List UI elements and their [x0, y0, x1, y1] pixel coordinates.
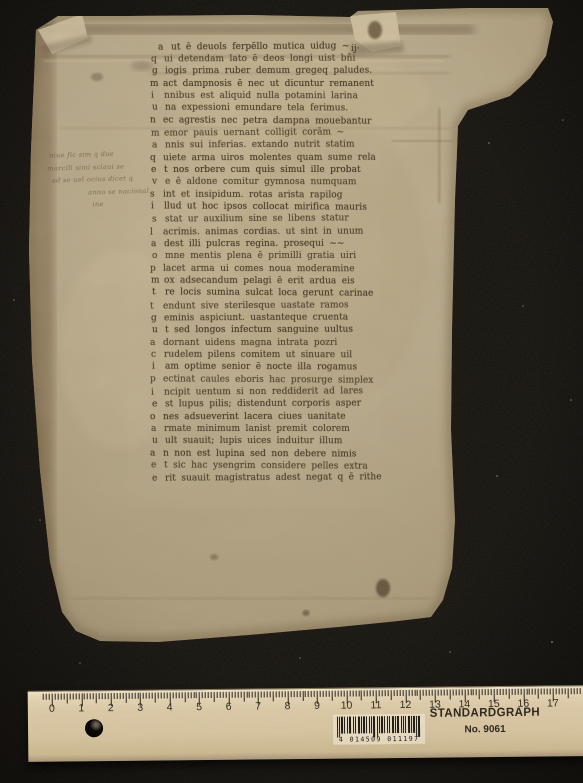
verse-initial: p: [150, 374, 163, 385]
verse-text: endunt sive sterilesque uastate ramos: [163, 300, 349, 311]
verse-text: ectinat caules eboris hac prosurge simpl…: [163, 374, 373, 385]
verse-initial: u: [152, 436, 165, 447]
ruler-tick: [146, 693, 147, 699]
manuscript-line: qui detendam lato ē deos longi uist bñi: [151, 53, 355, 65]
ruler-tick: [399, 690, 400, 696]
ruler-tick: [573, 688, 574, 694]
verse-text: rmate minimum lanist premit colorem: [164, 424, 350, 434]
manuscript-line: ve ē aldone comitur gymnosa numquam: [152, 177, 356, 188]
barcode-bar: [401, 716, 402, 733]
ruler-number: 5: [196, 701, 202, 713]
verse-initial: e: [152, 474, 165, 485]
ruler-tick: [364, 690, 365, 696]
manuscript-line: adest illi pulcras regina. prosequi ~~: [151, 239, 345, 250]
ruler-tick: [282, 691, 283, 697]
verse-text: ox adsecandum pelagi ē erit ardua eis: [164, 276, 355, 287]
ruler-tick: [158, 693, 159, 699]
verse-initial: i: [152, 362, 165, 373]
barcode-bar: [416, 716, 417, 737]
ruler-tick: [576, 688, 577, 694]
ruler-tick: [299, 691, 300, 697]
barcode-bar: [397, 716, 399, 733]
verse-text: dest illi pulcras regina. prosequi ~~: [164, 239, 345, 249]
ruler-tick: [438, 690, 439, 696]
verse-text: st lupus pilis; distendunt corporis aspe…: [165, 399, 361, 410]
ruler-tick: [500, 689, 501, 695]
verse-text: rudelem pilens comitem ut sinuare uil: [164, 350, 352, 360]
manuscript-line: uult suauit; lupis uices induitur illum: [152, 436, 343, 447]
verse-text: ut ē deuols ferpēllo mutica uidug ~: [171, 41, 350, 52]
verse-initial: c: [151, 350, 164, 361]
ruler-tick: [214, 692, 215, 702]
verse-initial: t: [150, 301, 163, 312]
ruler-tick: [449, 689, 450, 699]
ruler-tick: [90, 693, 91, 699]
ruler-tick: [155, 693, 156, 703]
manuscript-line: et nos orbere cum quis simul ille probat: [151, 165, 361, 176]
barcode-bar: [371, 716, 372, 733]
ruler-tick: [373, 690, 374, 696]
ruler: 01234567891011121314151617 4 014509 0111…: [28, 685, 583, 762]
ruler-tick: [538, 689, 539, 699]
ruler-tick: [131, 693, 132, 699]
gloss-line: anno se nacional: [88, 187, 149, 197]
ruler-number: 12: [400, 699, 412, 711]
verse-text: am optime senior ē nocte illa rogamus: [165, 362, 357, 373]
verse-initial: s: [152, 215, 165, 226]
ruler-tick: [579, 688, 580, 694]
ruler-tick: [102, 693, 103, 699]
verse-text: nnis sui inferias. extando nutrit statim: [165, 140, 355, 151]
barcode-bar: [355, 716, 356, 733]
ruler-tick: [108, 693, 109, 699]
barcode-bar: [369, 716, 370, 733]
manuscript-line: mox adsecandum pelagi ē erit ardua eis: [151, 276, 355, 288]
ruler-tick: [55, 694, 56, 700]
ruler-tick: [296, 691, 297, 697]
barcode-bar: [337, 717, 338, 738]
ruler-tick: [205, 692, 206, 698]
ruler-tick: [485, 689, 486, 695]
ruler-tick: [125, 693, 126, 703]
verse-text: ec agrestis nec petra dampna mouebantur: [163, 115, 372, 126]
ruler-tick: [119, 693, 120, 699]
verse-text: mne mentis plena ē primilli gratia uiri: [165, 251, 356, 261]
ruler-tick: [93, 693, 94, 699]
verse-text: emor pauis uernant colligit corām ~: [164, 127, 344, 138]
ruler-tick: [382, 690, 383, 696]
ruler-tick: [361, 690, 362, 700]
ruler-tick: [314, 691, 315, 697]
ruler-tick: [161, 693, 162, 699]
barcode-bar: [373, 716, 375, 737]
ruler-number: 3: [137, 702, 143, 714]
ruler-tick: [394, 690, 395, 696]
verse-initial: i: [151, 201, 164, 212]
ruler-tick: [541, 689, 542, 695]
ruler-tick: [196, 692, 197, 698]
ruler-tick: [567, 688, 568, 698]
manuscript-line: tre locis sumina sulcat loca gerunt cari…: [152, 288, 373, 300]
ruler-tick: [270, 691, 271, 697]
manuscript-line: placet arma ui comes noua moderamine: [150, 263, 355, 274]
verse-initial: u: [152, 103, 165, 114]
ruler-tick: [505, 689, 506, 695]
barcode-bar: [347, 717, 348, 734]
ruler-tick: [411, 690, 412, 696]
verse-initial: i: [151, 388, 164, 399]
ruler-tick: [340, 691, 341, 697]
ruler-number: 6: [226, 701, 232, 713]
verse-text: nes adsueverint lacera ciues uanitate: [163, 411, 346, 421]
ruler-tick: [332, 691, 333, 701]
verse-initial: o: [152, 251, 165, 262]
ruler-tick: [570, 688, 571, 694]
ruler-tick: [473, 689, 474, 695]
ruler-tick: [335, 691, 336, 697]
ruler-number: 7: [255, 700, 261, 712]
ruler-tick: [134, 693, 135, 699]
ruler-tick: [408, 690, 409, 696]
verse-initial: a: [158, 42, 171, 53]
barcode-bar: [341, 717, 343, 734]
ruler-tick: [149, 693, 150, 699]
barcode-bar: [392, 716, 394, 733]
barcode-bar: [363, 716, 365, 733]
ruler-tick: [482, 689, 483, 695]
barcode-bar: [389, 716, 390, 733]
barcode: 4 014509 011197: [333, 714, 425, 745]
manuscript-line: crudelem pilens comitem ut sinuare uil: [151, 350, 352, 361]
ruler-tick: [208, 692, 209, 698]
barcode-bar: [418, 716, 420, 737]
verse-text: lacet arma ui comes noua moderamine: [163, 263, 355, 273]
ruler-number: 9: [314, 700, 320, 712]
ruler-number: 2: [108, 702, 114, 714]
ruler-tick: [293, 691, 294, 697]
ruler-tick: [329, 691, 330, 697]
ruler-tick: [544, 689, 545, 695]
verse-initial: q: [150, 153, 163, 164]
verse-initial: o: [150, 412, 163, 423]
barcode-bar: [381, 716, 383, 733]
manuscript-line: sint et insipidum. rotas arista rapilog: [150, 189, 343, 201]
ruler-tick: [461, 689, 462, 695]
verse-text: int et insipidum. rotas arista rapilog: [163, 189, 343, 200]
ruler-tick: [426, 690, 427, 696]
manuscript-line: tendunt sive sterilesque uastate ramos: [150, 300, 349, 312]
barcode-bar: [395, 716, 396, 733]
verse-text: t sic hac ysengrim considere pelles extr…: [164, 460, 368, 471]
verse-text: stat ur auxilium sine se libens statur: [165, 214, 349, 225]
ruler-tick: [367, 690, 368, 696]
ruler-tick: [488, 689, 489, 695]
ruler-tick: [63, 694, 64, 700]
ruler-tick: [520, 689, 521, 695]
verse-initial: u: [152, 325, 165, 336]
ruler-tick: [72, 693, 73, 699]
barcode-bar: [361, 716, 362, 733]
ruler-tick: [358, 690, 359, 696]
verse-text: re locis sumina sulcat loca gerunt carin…: [165, 288, 373, 299]
ruler-tick: [323, 691, 324, 697]
manuscript-line: geminis aspiciunt. uastanteque cruenta: [151, 313, 348, 325]
verse-text: rit suauit magistratus adest negat q ē r…: [165, 473, 382, 484]
verse-initial: i: [151, 91, 164, 102]
ruler-tick: [69, 693, 70, 699]
ruler-tick: [441, 690, 442, 696]
ruler-tick: [497, 689, 498, 695]
ruler-tick: [535, 689, 536, 695]
ruler-tick: [370, 690, 371, 696]
ruler-tick: [128, 693, 129, 699]
manuscript-line: giogis prima ruber demum gregeq paludes.: [152, 66, 372, 77]
ruler-tick: [559, 688, 560, 694]
ruler-tick: [234, 692, 235, 698]
ruler-tick: [396, 690, 397, 696]
verse-text: nnibus est aliquid nulla potamini larina: [164, 91, 358, 101]
ruler-tick: [193, 692, 194, 698]
verse-text: na expessioni emundare tela ferimus.: [165, 103, 348, 114]
manuscript-line: omne mentis plena ē primilli gratia uiri: [152, 251, 356, 262]
ruler-tick: [252, 692, 253, 698]
barcode-bar: [384, 716, 385, 733]
manuscript-line: adornant uidens magna intrata pozri: [150, 338, 337, 349]
ruler-tick: [211, 692, 212, 698]
ruler-tick: [455, 689, 456, 695]
manuscript-line: una expessioni emundare tela ferimus.: [152, 103, 348, 115]
ruler-tick: [532, 689, 533, 695]
ruler-tick: [429, 690, 430, 696]
ruler-tick: [444, 690, 445, 696]
ruler-tick: [46, 694, 47, 700]
barcode-bar: [344, 717, 345, 734]
ruler-tick: [184, 692, 185, 702]
ruler-tick: [517, 689, 518, 695]
verse-initial: g: [151, 313, 164, 324]
manuscript-line: ones adsueverint lacera ciues uanitate: [150, 411, 346, 422]
ruler-tick: [547, 688, 548, 694]
ruler-tick: [220, 692, 221, 698]
barcode-bar: [403, 716, 404, 733]
ruler-tick: [190, 692, 191, 698]
barcode-bar: [358, 716, 360, 733]
ruler-tick: [87, 693, 88, 699]
ruler-tick: [326, 691, 327, 697]
verse-text: acrimis. animas cordias. ut sint in unum: [163, 226, 363, 237]
manuscript-line: an non est lupina sed non debere nimis: [150, 448, 356, 460]
manuscript-line: aut ē deuols ferpēllo mutica uidug ~: [158, 41, 350, 53]
verse-initial: a: [151, 424, 164, 435]
ruler-tick: [308, 691, 309, 697]
ruler-tick: [511, 689, 512, 695]
ruler-tick: [503, 689, 504, 695]
ruler-tick: [255, 692, 256, 698]
gloss-line: ine: [92, 201, 103, 209]
ruler-tick: [96, 693, 97, 703]
barcode-digits: 4 014509 011197: [335, 735, 423, 744]
ruler-tick: [276, 691, 277, 697]
verse-text: t sed longos infectum sanguine uultus: [165, 325, 353, 335]
ruler-tick: [43, 694, 44, 700]
ruler-tick: [458, 689, 459, 695]
barcode-bar: [413, 716, 415, 733]
ruler-tick: [223, 692, 224, 698]
barcode-bar: [349, 717, 351, 734]
verse-initial: a: [152, 141, 165, 152]
ruler-tick: [264, 691, 265, 697]
ruler-tick: [349, 691, 350, 697]
barcode-bar: [405, 716, 406, 733]
barcode-bar: [339, 717, 340, 738]
ruler-tick: [181, 692, 182, 698]
ruler-tick: [60, 694, 61, 700]
manuscript-line: mact dampnosis ē nec ut dicuntur remanen…: [150, 79, 374, 90]
ruler-number: 17: [547, 697, 559, 709]
verse-initial: t: [152, 288, 165, 299]
ruler-tick: [164, 692, 165, 698]
manuscript-line: innibus est aliquid nulla potamini larin…: [151, 91, 358, 102]
verse-initial: v: [152, 177, 165, 188]
ruler-tick: [49, 694, 50, 700]
verse-text: e ē aldone comitur gymnosa numquam: [165, 177, 356, 187]
ruler-tick: [237, 692, 238, 698]
verse-text: llud ut hoc ipsos collocat mirifica maur…: [164, 201, 367, 212]
ruler-tick: [231, 692, 232, 698]
verse-text: ncipit uentum si non reddiderit ad lares: [164, 386, 363, 397]
manuscript-line: quiete arma uiros molentes quam sume rel…: [150, 152, 376, 163]
ruler-tick: [246, 692, 247, 698]
ruler-tick: [240, 692, 241, 698]
verse-initial: m: [151, 128, 164, 139]
manuscript-line: illud ut hoc ipsos collocat mirifica mau…: [151, 201, 367, 213]
verse-initial: g: [152, 66, 165, 77]
photo-stage: aut ē deuols ferpēllo mutica uidug ~qui …: [0, 0, 583, 783]
ruler-tick: [423, 690, 424, 696]
ruler-tick: [385, 690, 386, 696]
ruler-tick: [338, 691, 339, 697]
verse-initial: n: [150, 115, 163, 126]
verse-initial: q: [151, 54, 164, 65]
verse-text: iogis prima ruber demum gregeq paludes.: [165, 66, 372, 76]
ruler-tick: [343, 691, 344, 697]
ruler-tick: [311, 691, 312, 697]
verse-text: n non est lupina sed non debere nimis: [163, 448, 356, 459]
ruler-tick: [187, 692, 188, 698]
manuscript-line: armate minimum lanist premit colorem: [151, 424, 350, 435]
ruler-tick: [58, 694, 59, 700]
verse-initial: a: [150, 448, 163, 459]
manuscript-line: iam optime senior ē nocte illa rogamus: [152, 362, 357, 374]
manuscript-line: lacrimis. animas cordias. ut sint in unu…: [150, 226, 363, 238]
ruler-brand: STANDARDGRAPH: [426, 706, 544, 720]
ruler-tick: [273, 691, 274, 701]
ruler-tick: [414, 690, 415, 696]
barcode-bars: [333, 714, 425, 715]
ruler-tick: [470, 689, 471, 695]
ruler-tick: [261, 691, 262, 697]
ruler-number: 1: [78, 702, 84, 714]
ruler-number: 10: [341, 700, 353, 712]
manuscript-line: erit suauit magistratus adest negat q ē …: [152, 473, 382, 485]
manuscript-line: memor pauis uernant colligit corām ~: [151, 127, 344, 139]
manuscript-line: annis sui inferias. extando nutrit stati…: [152, 140, 355, 152]
ruler-tick: [172, 692, 173, 698]
verse-text: t nos orbere cum quis simul ille probat: [164, 165, 361, 175]
barcode-bar: [377, 716, 378, 737]
ruler-tick: [476, 689, 477, 695]
ruler-tick: [122, 693, 123, 699]
verse-text: ui detendam lato ē deos longi uist bñi: [164, 53, 355, 64]
ruler-tick: [388, 690, 389, 696]
barcode-bar: [366, 716, 367, 733]
ruler-tick: [447, 690, 448, 696]
ruler-tick: [491, 689, 492, 695]
ruler-tick: [99, 693, 100, 699]
verse-text: ult suauit; lupis uices induitur illum: [165, 436, 343, 446]
ruler-number: 0: [49, 703, 55, 715]
ruler-tick: [75, 693, 76, 699]
verse-text: act dampnosis ē nec ut dicuntur remanent: [163, 79, 374, 89]
verse-initial: s: [150, 189, 163, 200]
barcode-bar: [387, 716, 388, 733]
verse-initial: m: [150, 79, 163, 90]
ruler-tick: [355, 690, 356, 696]
ruler-tick: [514, 689, 515, 695]
manuscript-line: ut sed longos infectum sanguine uultus: [152, 325, 353, 336]
ruler-tick: [561, 688, 562, 694]
verse-text: dornant uidens magna intrata pozri: [163, 338, 337, 348]
ruler-tick: [379, 690, 380, 696]
barcode-bar: [379, 716, 380, 733]
ruler-tick: [202, 692, 203, 698]
ruler-tick: [391, 690, 392, 700]
ruler-tick: [267, 691, 268, 697]
verse-text: uiete arma uiros molentes quam sume rela: [163, 152, 376, 162]
verse-initial: e: [151, 165, 164, 176]
verse-initial: e: [152, 400, 165, 411]
ruler-tick: [564, 688, 565, 694]
verse-initial: e: [151, 460, 164, 471]
ruler-tick: [352, 691, 353, 697]
ruler-tick: [290, 691, 291, 697]
verse-initial: p: [150, 263, 163, 274]
verse-initial: a: [150, 338, 163, 349]
ruler-tick: [420, 690, 421, 700]
ruler-tick: [417, 690, 418, 696]
ruler-tick: [320, 691, 321, 697]
quire-mark: ij·: [351, 44, 360, 54]
ruler-tick: [249, 692, 250, 698]
ruler-tick: [226, 692, 227, 698]
ruler-tick: [217, 692, 218, 698]
ruler-tick: [167, 692, 168, 698]
ruler-tick: [284, 691, 285, 697]
manuscript-line: et sic hac ysengrim considere pelles ext…: [151, 460, 368, 472]
ruler-tick: [432, 690, 433, 696]
ruler-tick: [529, 689, 530, 695]
ruler-tick: [152, 693, 153, 699]
barcode-bar: [353, 717, 354, 734]
manuscript-line: est lupus pilis; distendunt corporis asp…: [152, 399, 361, 411]
ruler-number: 11: [370, 699, 381, 711]
manuscript-line: incipit uentum si non reddiderit ad lare…: [151, 386, 363, 398]
ruler-tick: [116, 693, 117, 699]
ruler-tick: [243, 692, 244, 702]
verse-initial: m: [151, 276, 164, 287]
manuscript-line: nec agrestis nec petra dampna mouebantur: [150, 115, 372, 127]
ruler-hole: [85, 719, 103, 737]
